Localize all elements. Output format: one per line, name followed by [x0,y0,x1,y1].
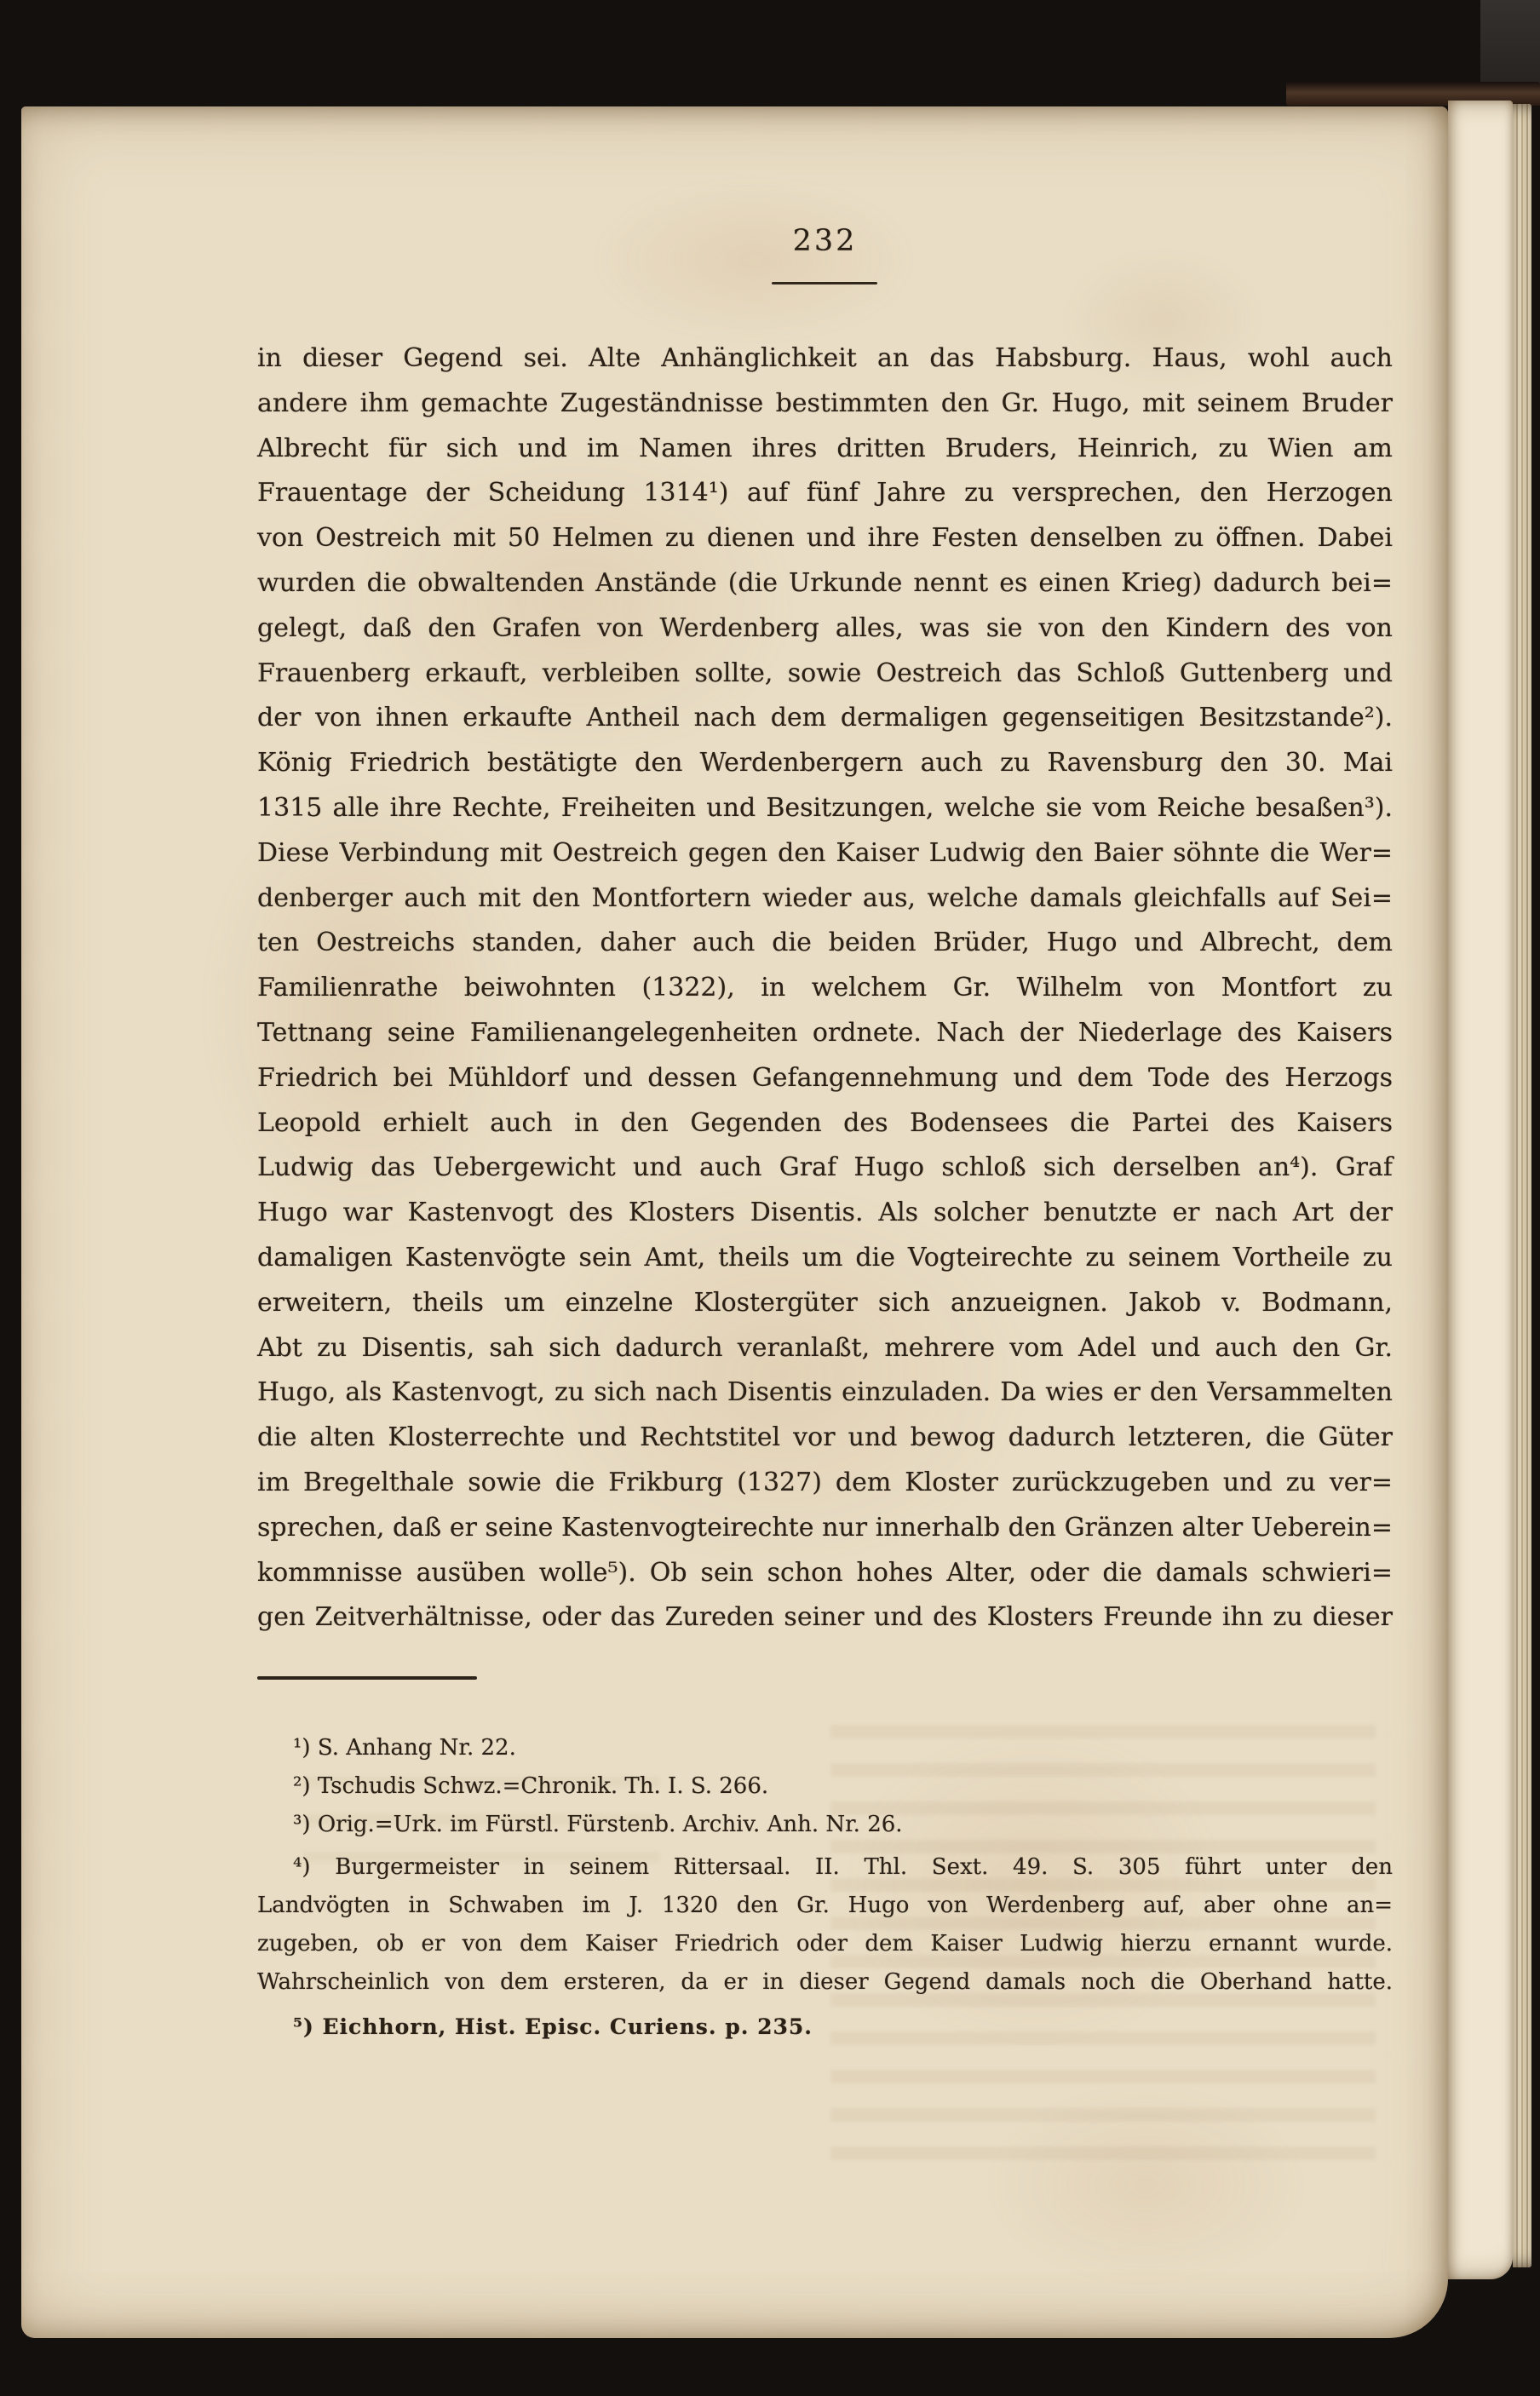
page-stack-edge [1513,104,1531,2267]
body-line: Hugo, als Kastenvogt, zu sich nach Disen… [257,1370,1393,1416]
footnote-4-line: Landvögten in Schwaben im J. 1320 den Gr… [257,1887,1393,1925]
body-line: ten Oestreichs standen, daher auch die b… [257,921,1393,966]
body-line: gelegt, daß den Grafen von Werdenberg al… [257,606,1393,652]
body-line: sprechen, daß er seine Kastenvogteirecht… [257,1506,1393,1551]
footnote-2: ²) Tschudis Schwz.=Chronik. Th. I. S. 26… [257,1767,1428,1806]
footnote-4-line: Wahrscheinlich von dem ersteren, da er i… [257,1963,1393,2002]
facing-page-edge [1448,101,1513,2279]
body-line: Leopold erhielt auch in den Gegenden des… [257,1101,1393,1146]
body-line: gen Zeitverhältnisse, oder das Zureden s… [257,1595,1393,1640]
page-number: 232 [257,224,1393,258]
footnote-4: ⁴) Burgermeister in seinem Rittersaal. I… [257,1848,1393,2002]
footnote-rule [257,1676,477,1680]
book-photo: 232 in dieser Gegend sei. Alte Anhänglic… [0,0,1540,2396]
body-line: wurden die obwaltenden Anstände (die Urk… [257,561,1393,606]
body-line: von Oestreich mit 50 Helmen zu dienen un… [257,516,1393,561]
body-line: Abt zu Disentis, sah sich dadurch veranl… [257,1326,1393,1371]
body-line: Ludwig das Uebergewicht und auch Graf Hu… [257,1146,1393,1191]
body-line: 1315 alle ihre Rechte, Freiheiten und Be… [257,786,1393,831]
body-line: andere ihm gemachte Zugeständnisse besti… [257,382,1393,427]
body-line: Diese Verbindung mit Oestreich gegen den… [257,831,1393,876]
body-line: im Bregelthale sowie die Frikburg (1327)… [257,1461,1393,1506]
body-line: Tettnang seine Familienangelegenheiten o… [257,1011,1393,1056]
body-line: Familienrathe beiwohnten (1322), in welc… [257,966,1393,1011]
body-line: König Friedrich bestätigte den Werdenber… [257,741,1393,786]
body-line: der von ihnen erkaufte Antheil nach dem … [257,696,1393,741]
footnote-4-line: ⁴) Burgermeister in seinem Rittersaal. I… [257,1848,1393,1887]
body-line: denberger auch mit den Montfortern wiede… [257,876,1393,922]
paper-stain [924,2048,1367,2321]
page-number-underline [772,282,877,284]
body-line: Friedrich bei Mühldorf und dessen Gefang… [257,1056,1393,1101]
body-text: in dieser Gegend sei. Alte Anhänglichkei… [257,336,1393,1640]
footnote-4-line: zugeben, ob er von dem Kaiser Friedrich … [257,1925,1393,1963]
footnote-5: ⁵) Eichhorn, Hist. Episc. Curiens. p. 23… [257,2008,1428,2046]
body-line: Albrecht für sich und im Namen ihres dri… [257,427,1393,472]
body-line: Frauentage der Scheidung 1314¹) auf fünf… [257,471,1393,516]
body-line: kommnisse ausüben wolle⁵). Ob sein schon… [257,1551,1393,1596]
body-line: die alten Klosterrechte und Rechtstitel … [257,1416,1393,1461]
body-line: damaligen Kastenvögte sein Amt, theils u… [257,1236,1393,1281]
body-line: in dieser Gegend sei. Alte Anhänglichkei… [257,336,1393,382]
body-line: Hugo war Kastenvogt des Klosters Disenti… [257,1191,1393,1236]
footnote-1: ¹) S. Anhang Nr. 22. [257,1729,1428,1767]
book-page: 232 in dieser Gegend sei. Alte Anhänglic… [21,106,1448,2338]
footnote-3: ³) Orig.=Urk. im Fürstl. Fürstenb. Archi… [257,1806,1428,1844]
body-line: Frauenberg erkauft, verbleiben sollte, s… [257,652,1393,697]
body-line: erweitern, theils um einzelne Klostergüt… [257,1281,1393,1326]
